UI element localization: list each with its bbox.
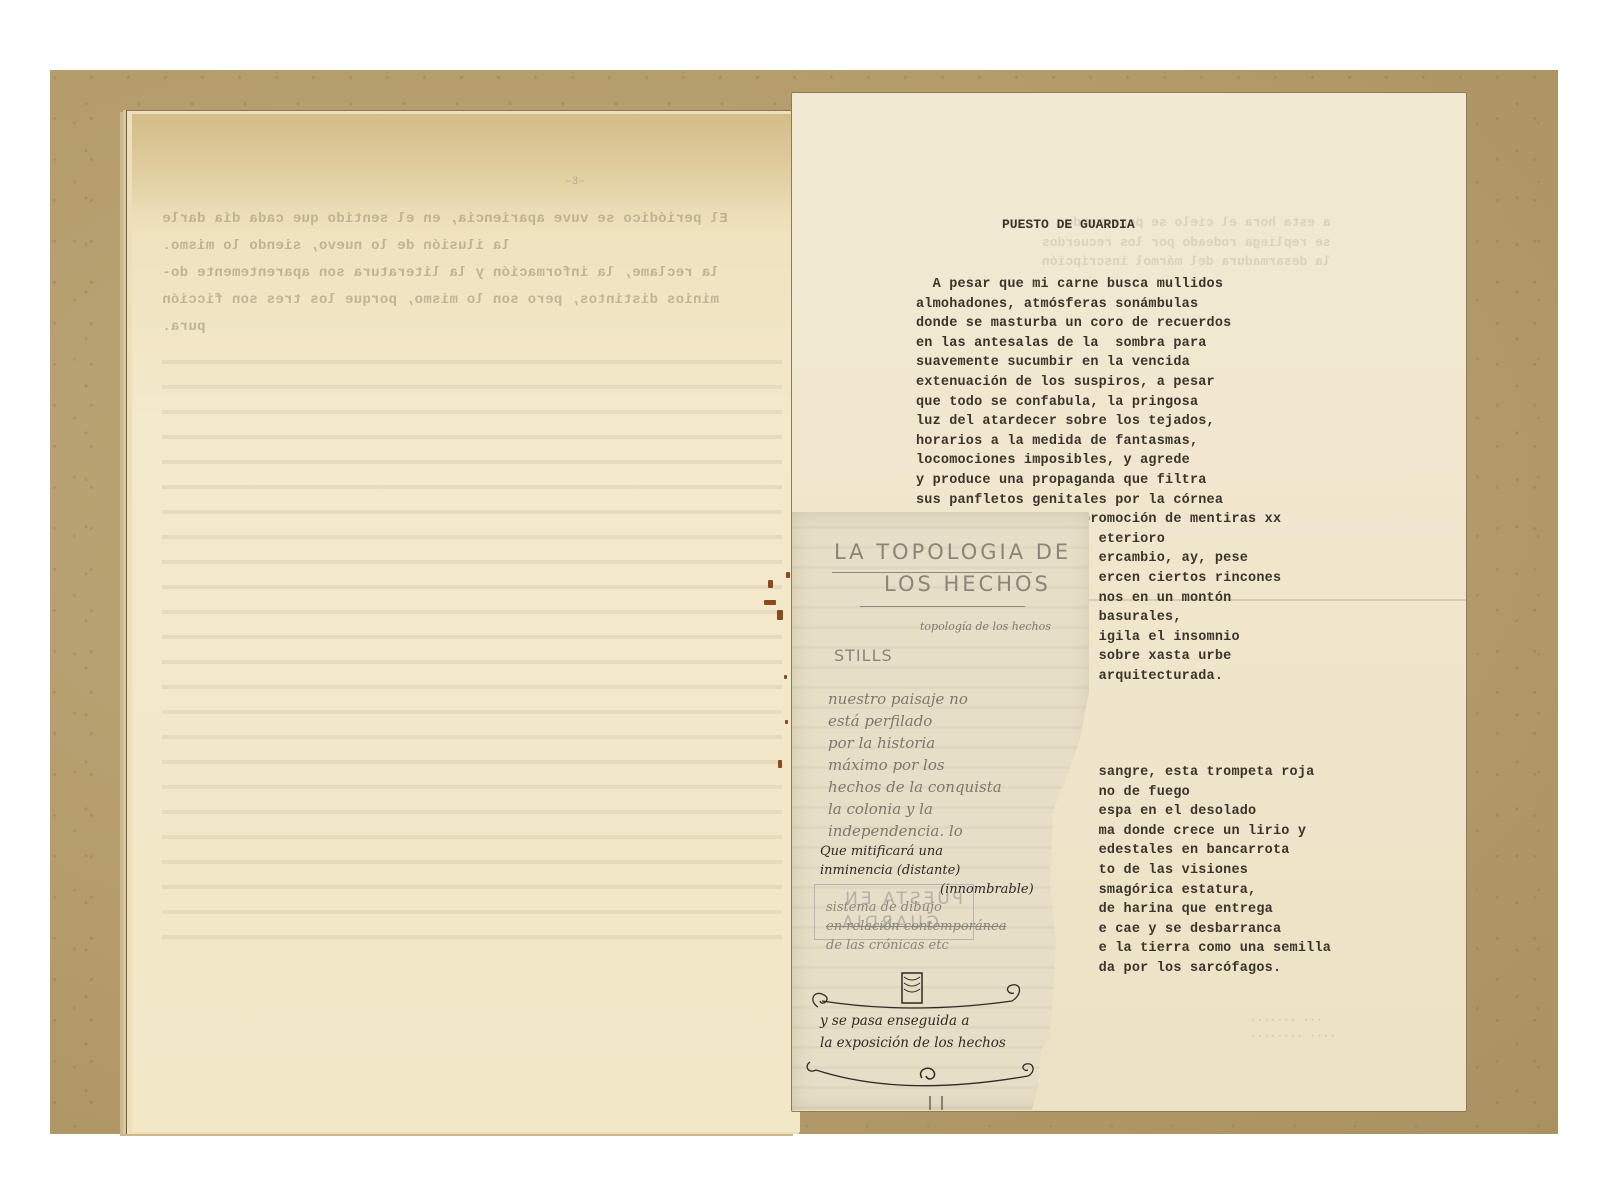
rust-stain: [764, 600, 776, 605]
note-ink-line: y se pasa enseguida a: [820, 1010, 1006, 1032]
poem-line: A pesar que mi carne busca mullidos: [916, 275, 1281, 295]
poem-title: PUESTO DE GUARDIA: [1002, 217, 1135, 232]
poem-line: sus panfletos genitales por la córnea: [916, 491, 1281, 511]
note-ink-line: la exposición de los hechos: [820, 1032, 1006, 1054]
poem-line: y produce una propaganda que filtra: [916, 471, 1281, 491]
rust-stain: [784, 675, 787, 679]
poem-line: extenuación de los suspiros, a pesar: [916, 373, 1281, 393]
rust-stain: [777, 610, 783, 620]
poem-line: locomociones imposibles, y agrede: [916, 451, 1281, 471]
note-bottom-ink: y se pasa enseguida a la exposición de l…: [820, 1010, 1006, 1054]
note-subtitle: topología de los hechos: [920, 620, 1060, 633]
poem-line: suavemente sucumbir en la vencida: [916, 353, 1281, 373]
note-ink-line: inminencia (distante): [820, 861, 1034, 880]
poem-line: almohadones, atmósferas sonámbulas: [916, 295, 1281, 315]
rust-stain: [778, 760, 782, 768]
note-label-stills: STILLS: [834, 646, 893, 665]
bleed-line: pura.: [162, 314, 782, 341]
note-line: de las crónicas etc: [826, 936, 1006, 955]
bottom-scroll-ornament-icon: [802, 1052, 1042, 1110]
note-line: independencia. lo: [828, 820, 1002, 842]
note-line: sistema de dibujo: [826, 898, 1006, 917]
note-title-line-1: LA TOPOLOGIA DE: [834, 540, 1071, 564]
faint-footer-text: ······· ··········· ····: [1250, 1013, 1336, 1045]
poem-line: horarios a la medida de fantasmas,: [916, 432, 1281, 452]
poem-line: en las antesalas de la sombra para: [916, 334, 1281, 354]
page-number-mark: –3–: [565, 176, 585, 188]
bleed-line: minios distintos, pero son lo mismo, por…: [162, 287, 782, 314]
note-title-line-2: LOS HECHOS: [884, 572, 1051, 596]
title-underline: [860, 606, 1025, 607]
note-ink-line: Que mitificará una: [820, 842, 1034, 861]
note-pencil-lines: nuestro paisaje no está perfilado por la…: [828, 688, 1002, 842]
poem-line: que todo se confabula, la pringosa: [916, 393, 1281, 413]
rust-stain: [785, 720, 788, 724]
note-line: hechos de la conquista: [828, 776, 1002, 798]
poem-line: donde se masturba un coro de recuerdos: [916, 314, 1281, 334]
bleed-line: la reclame, la información y la literatu…: [162, 260, 782, 287]
bleed-through-text: El periódico se vuve apariencia, en el s…: [162, 206, 782, 341]
bleed-line: la ilusión de lo nuevo, siendo lo mismo.: [162, 233, 782, 260]
note-line: por la historia: [828, 732, 1002, 754]
note-line: en relación contemporánea: [826, 917, 1006, 936]
rust-stain: [786, 572, 790, 578]
rust-stain: [768, 580, 773, 588]
faint-bleed-lines: [162, 346, 782, 946]
note-line: está perfilado: [828, 710, 1002, 732]
note-pencil-lines-lower: sistema de dibujo en relación contemporá…: [826, 898, 1006, 955]
note-line: máximo por los: [828, 754, 1002, 776]
note-line: nuestro paisaje no: [828, 688, 1002, 710]
poem-line: luz del atardecer sobre los tejados,: [916, 412, 1281, 432]
left-page: –3– El periódico se vuve apariencia, en …: [132, 114, 800, 1132]
handwritten-note: LA TOPOLOGIA DE LOS HECHOS topología de …: [792, 512, 1092, 1110]
note-line: la colonia y la: [828, 798, 1002, 820]
bleed-line: El periódico se vuve apariencia, en el s…: [162, 206, 782, 233]
